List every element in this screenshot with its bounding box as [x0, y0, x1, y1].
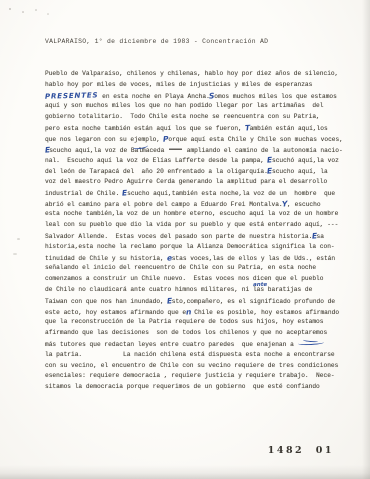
body-text: Pueblo de Valparaíso, chilenos y chilena… — [45, 69, 345, 393]
typewritten-line: historia,esta noche la reclamo porque la… — [45, 242, 345, 253]
typed-text: afirmando que las decisiones son de todo… — [45, 329, 327, 336]
margin-mark — [17, 238, 20, 240]
typed-text: esenciales: requiere democracia , requie… — [45, 372, 335, 379]
typed-text: nal. Escucho aquí la voz de Elías Laffer… — [45, 157, 268, 164]
typewritten-line: Escucho aquí,la voz de Balmaceda amplian… — [45, 145, 345, 156]
handwritten-letter: E — [44, 145, 50, 156]
typewritten-line: comenzamos a construir un Chile nuevo. E… — [45, 274, 345, 285]
typewritten-line: de Chile no claudicará ante cuatro himno… — [45, 285, 345, 296]
typed-text: scucho aquí, la — [272, 168, 328, 175]
strikeout-scribble — [169, 147, 182, 152]
document-header: VALPARAISO, 1° de diciembre de 1983 - Co… — [45, 38, 268, 45]
typed-text: sa — [317, 233, 324, 240]
typewritten-line: la patria. La nación chilena está dispue… — [45, 350, 345, 361]
typed-text: scucho aquí,la voz de — [49, 147, 131, 154]
typewritten-line: sitamos la democracia porque requerimos … — [45, 382, 345, 393]
typed-text: scucho aquí,también esta noche,la voz de… — [127, 190, 335, 197]
typed-text: comenzamos a construir un Chile nuevo. E… — [45, 275, 323, 282]
typewritten-line: abrió el camino para el pobre del campo … — [45, 199, 345, 210]
typed-text: omos muchos miles los que estamos — [214, 93, 337, 100]
scan-speck — [35, 9, 37, 11]
typed-text: la patria. La nación chilena está dispue… — [45, 351, 335, 358]
typed-text: orque aquí esta Chile y Chile son muchas… — [168, 136, 343, 143]
typed-text: del león de Tarapacá del año 20 enfrenta… — [45, 168, 268, 175]
typewritten-line: señalando el inicio del reencuentro de C… — [45, 263, 345, 274]
typed-text: que la reconstrucción de la Patria requi… — [45, 318, 323, 325]
typed-text: más tutores que redactan leyes entre cua… — [45, 341, 298, 348]
typed-text: aquí y son muchos miles los que no han p… — [45, 102, 323, 109]
typed-text: leal con su pueblo que dio la vida por s… — [45, 221, 338, 228]
typewritten-line: PRESENTES en esta noche en Playa Ancha.S… — [45, 91, 345, 102]
typed-text: Pueblo de Valparaíso, chilenos y chilena… — [45, 70, 338, 77]
typed-text: gobierno totalitario. Todo Chile esta no… — [45, 113, 320, 120]
typed-text: Taiwan con que nos han inundado, — [45, 298, 168, 305]
typewritten-line: voz del maestro Pedro Aguirre Cerda gene… — [45, 177, 345, 188]
typed-text: pero esta noche también están aquí los q… — [45, 125, 246, 132]
typed-text: Chile es posible, hoy estamos afirmando — [191, 309, 340, 316]
typewritten-line: este acto, hoy estamos afirmando que en … — [45, 307, 345, 318]
handwritten-letter: E — [167, 296, 173, 307]
typed-text: sitamos la democracia porque requerimos … — [45, 383, 320, 390]
typewritten-line: hablo hoy por miles de voces, miles de i… — [45, 80, 345, 91]
typed-text: , escucho — [287, 201, 320, 208]
typed-text: este acto, hoy estamos afirmando que e — [45, 309, 186, 316]
scan-speck — [9, 8, 11, 10]
typed-text: ampliando el camino de la autonomía naci… — [183, 147, 343, 154]
typewritten-line: Salvador Allende. Estas voces del pasado… — [45, 231, 345, 242]
handwritten-letter: E — [312, 231, 318, 242]
typewritten-line: leal con su pueblo que dio la vida por s… — [45, 220, 345, 231]
typewritten-line: nal. Escucho aquí la voz de Elías Laffer… — [45, 155, 345, 166]
typed-text: abrió el camino para el pobre del campo … — [45, 201, 283, 208]
typed-text: que nos legaron con su ejemplo, — [45, 136, 164, 143]
handwritten-letter: P — [163, 134, 169, 145]
scanned-document-page: VALPARAISO, 1° de diciembre de 1983 - Co… — [0, 0, 370, 479]
typed-text: tinuidad de Chile y su historia, — [45, 255, 168, 262]
handwritten-letter: T — [245, 123, 251, 134]
handwritten-letter: E — [267, 156, 273, 167]
typed-text: con su vecino, el encuentro de Chile con… — [45, 362, 338, 369]
margin-mark — [13, 253, 17, 255]
typewritten-line: esta noche también,la voz de un hombre e… — [45, 209, 345, 220]
typewritten-line: industrial de Chile. Escucho aquí,tambié… — [45, 188, 345, 199]
handwritten-letter: Y — [282, 199, 288, 210]
typed-text: sto,compañero, es el significado profund… — [172, 298, 335, 305]
typed-text: voz del maestro Pedro Aguirre Cerda gene… — [45, 178, 327, 185]
scan-speck — [47, 13, 49, 15]
typewritten-line: Taiwan con que nos han inundado, Esto,co… — [45, 296, 345, 307]
handwritten-scribble — [298, 339, 325, 346]
typewritten-line: con su vecino, el encuentro de Chile con… — [45, 361, 345, 372]
typed-text: esta noche también,la voz de un hombre e… — [45, 210, 338, 217]
typewritten-line: más tutores que redactan leyes entre cua… — [45, 339, 345, 350]
handwritten-letter: n — [185, 307, 191, 318]
typed-text: stas voces,las de ellos y las de Uds., e… — [172, 255, 335, 262]
typed-text: ambién están aquí,los — [250, 125, 328, 132]
typewritten-line: gobierno totalitario. Todo Chile esta no… — [45, 112, 345, 123]
handwritten-letter: S — [209, 91, 215, 102]
typed-text: industrial de Chile. — [45, 190, 123, 197]
typewritten-line: aquí y son muchos miles los que no han p… — [45, 101, 345, 112]
typewritten-line: Pueblo de Valparaíso, chilenos y chilena… — [45, 69, 345, 80]
typed-text: de Chile no claudicará ante cuatro himno… — [45, 286, 253, 293]
typed-text: hablo hoy por miles de voces, miles de i… — [45, 81, 312, 88]
typed-text: historia,esta noche la reclamo porque la… — [45, 243, 335, 250]
typewritten-line: afirmando que las decisiones son de todo… — [45, 328, 345, 339]
handwritten-letter: e — [167, 253, 173, 264]
typed-text: Salvador Allende. Estas voces del pasado… — [45, 233, 312, 240]
typed-text: scuchó aquí,la voz — [272, 157, 339, 164]
scan-speck — [22, 11, 24, 13]
handwritten-letter: E — [267, 167, 273, 178]
typewritten-line: del león de Tarapacá del año 20 enfrenta… — [45, 166, 345, 177]
handwritten-word: PRESENTES — [45, 90, 99, 102]
typewritten-line: pero esta noche también están aquí los q… — [45, 123, 345, 134]
typed-text: en esta noche en Playa Ancha. — [98, 93, 209, 100]
typed-text: señalando el inicio del reencuentro de C… — [45, 264, 316, 271]
page-stamp: 1482 01 — [268, 445, 334, 456]
typewritten-line: que nos legaron con su ejemplo, Porque a… — [45, 134, 345, 145]
typewritten-line: esenciales: requiere democracia , requie… — [45, 371, 345, 382]
typewritten-line: tinuidad de Chile y su historia, estas v… — [45, 253, 345, 264]
typewritten-line: que la reconstrucción de la Patria requi… — [45, 317, 345, 328]
